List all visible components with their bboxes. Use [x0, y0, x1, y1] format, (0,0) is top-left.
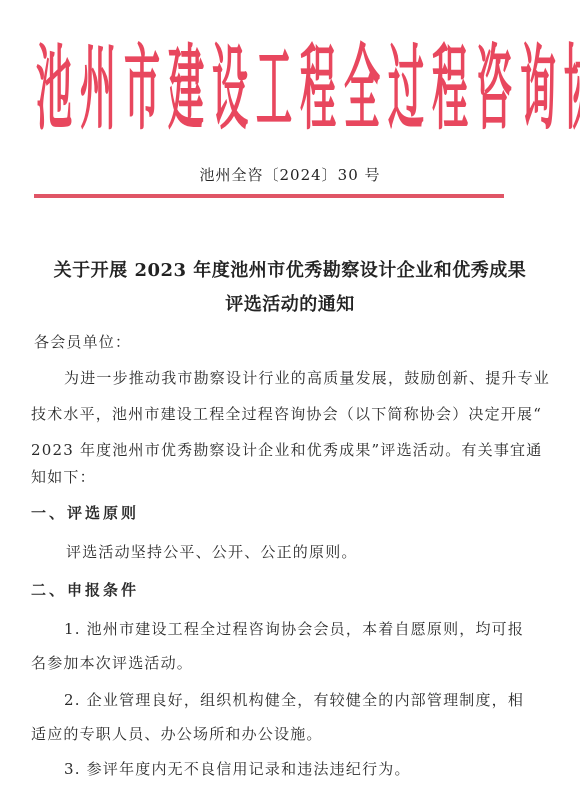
- masthead-char: 程: [300, 45, 336, 137]
- masthead-char: 过: [388, 45, 424, 137]
- section-heading: 二、申报条件: [31, 579, 139, 600]
- document-number: 池州全咨〔2024〕30 号: [0, 164, 580, 185]
- red-divider: [34, 194, 504, 198]
- masthead-title: 池 州 市 建 设 工 程 全 过 程 咨 询 协 会: [32, 36, 542, 146]
- intro-line: 2023 年度池州市优秀勘察设计企业和优秀成果”评选活动。有关事宜通: [31, 439, 542, 460]
- notice-title-line-1: 关于开展 2023 年度池州市优秀勘察设计企业和优秀成果: [0, 256, 580, 282]
- intro-line: 技术水平，池州市建设工程全过程咨询协会（以下简称协会）决定开展“: [31, 403, 542, 424]
- masthead-char: 设: [212, 45, 248, 137]
- salutation: 各会员单位：: [34, 331, 131, 352]
- condition-item: 名参加本次评选活动。: [31, 652, 193, 673]
- masthead-char: 咨: [476, 45, 512, 137]
- condition-item: 2. 企业管理良好，组织机构健全，有较健全的内部管理制度，相: [64, 689, 524, 710]
- intro-line: 为进一步推动我市勘察设计行业的高质量发展，鼓励创新、提升专业: [64, 367, 550, 388]
- condition-item: 3. 参评年度内无不良信用记录和违法违纪行为。: [64, 758, 411, 779]
- intro-line: 知如下：: [31, 466, 96, 487]
- masthead-char: 工: [256, 45, 292, 137]
- masthead-char: 程: [432, 45, 468, 137]
- masthead-char: 协: [564, 45, 580, 137]
- section-text: 评选活动坚持公平、公开、公正的原则。: [66, 541, 358, 562]
- notice-title-line-2: 评选活动的通知: [0, 290, 580, 316]
- masthead-char: 建: [168, 45, 204, 137]
- condition-item: 适应的专职人员、办公场所和办公设施。: [31, 723, 323, 744]
- masthead-char: 州: [80, 45, 116, 137]
- section-heading: 一、评选原则: [31, 502, 139, 523]
- masthead-char: 全: [344, 45, 380, 137]
- masthead-char: 询: [520, 45, 556, 137]
- masthead-char: 池: [36, 45, 72, 137]
- condition-item: 1. 池州市建设工程全过程咨询协会会员，本着自愿原则，均可报: [64, 618, 524, 639]
- masthead-char: 市: [124, 45, 160, 137]
- notice-document: 池 州 市 建 设 工 程 全 过 程 咨 询 协 会 池州全咨〔2024〕30…: [0, 0, 580, 796]
